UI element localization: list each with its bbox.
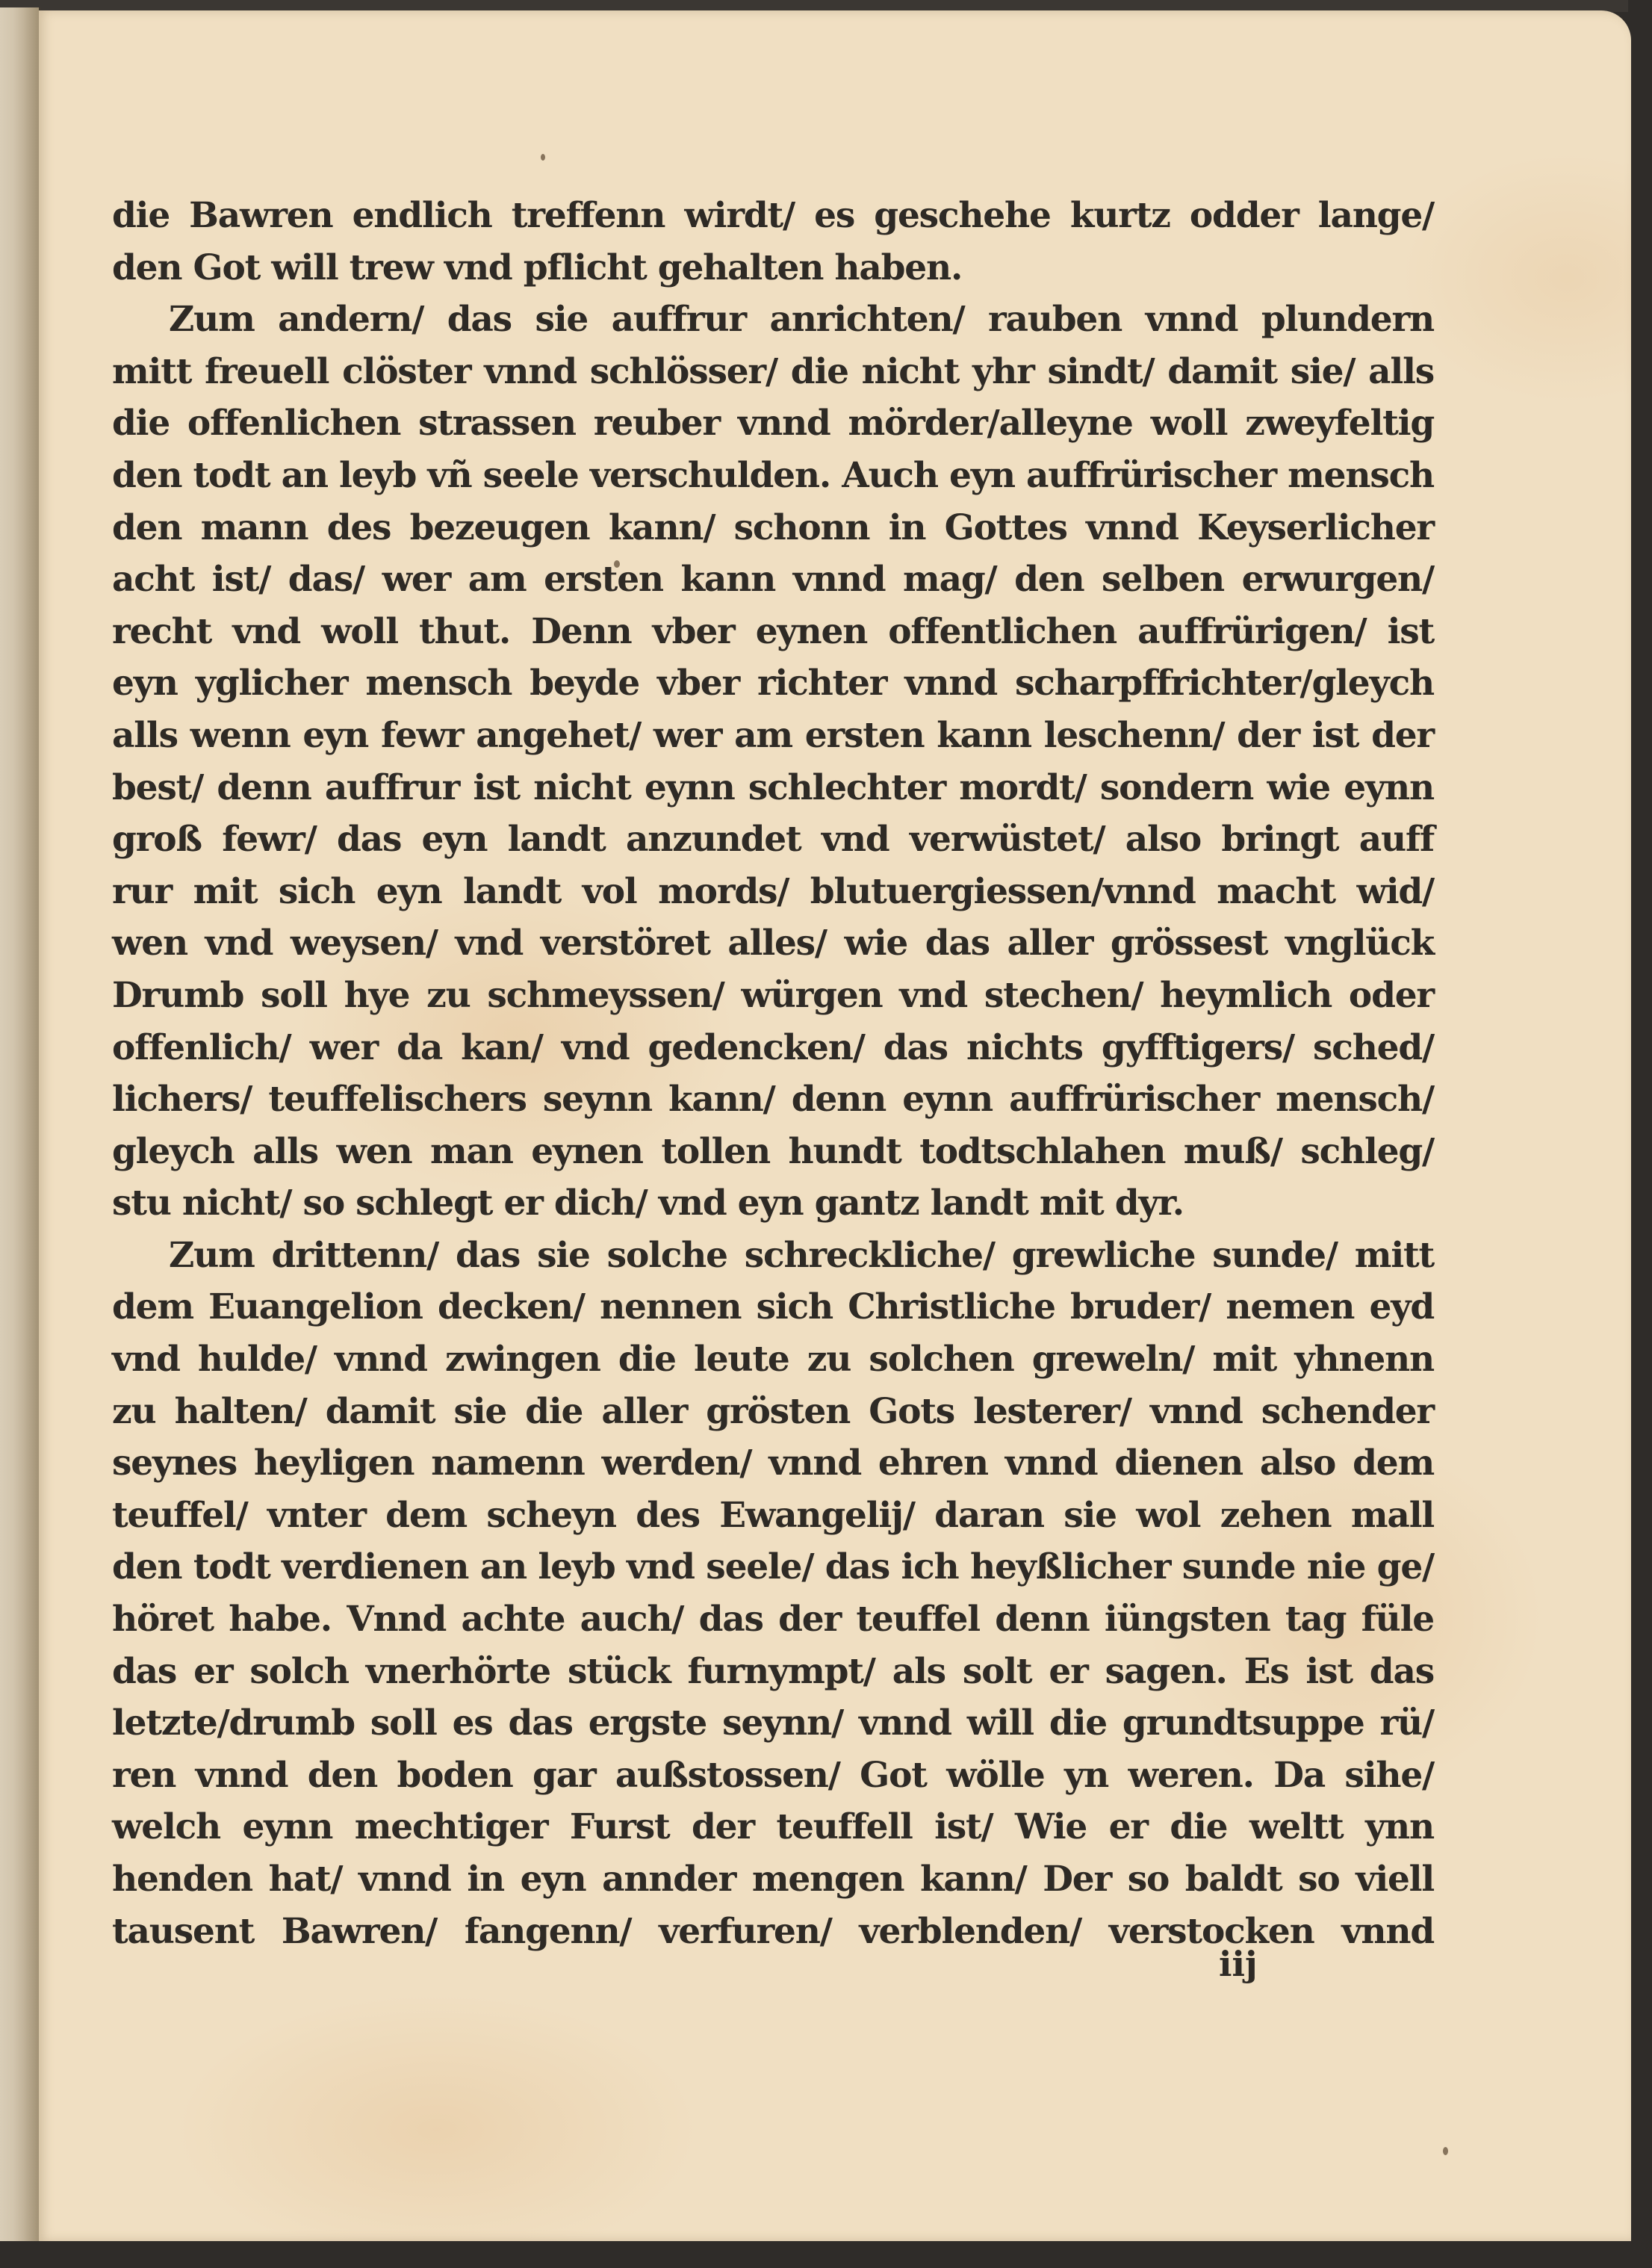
- text-line: recht vnd woll thut. Denn vber eynen off…: [112, 606, 1434, 658]
- text-line: offenlich/ wer da kan/ vnd gedencken/ da…: [112, 1022, 1434, 1074]
- text-line: mitt freuell clöster vnnd schlösser/ die…: [112, 346, 1434, 398]
- paper-speck: [1443, 2147, 1448, 2155]
- text-line: lichers/ teuffelischers seynn kann/ denn…: [112, 1073, 1434, 1126]
- document-page: die Bawren endlich treffenn wirdt/ es ge…: [39, 10, 1631, 2241]
- text-line: vnd hulde/ vnnd zwingen die leute zu sol…: [112, 1333, 1434, 1386]
- text-line: den todt an leyb vñ seele verschulden. A…: [112, 450, 1434, 502]
- text-line: den mann des bezeugen kann/ schonn in Go…: [112, 502, 1434, 554]
- text-line: zu halten/ damit sie die aller grösten G…: [112, 1386, 1434, 1438]
- text-line: teuffel/ vnter dem scheyn des Ewangelij/…: [112, 1490, 1434, 1542]
- text-line: eyn yglicher mensch beyde vber richter v…: [112, 657, 1434, 710]
- text-line: gleych alls wen man eynen tollen hundt t…: [112, 1126, 1434, 1178]
- text-line: das er solch vnerhörte stück furnympt/ a…: [112, 1646, 1434, 1698]
- text-line: dem Euangelion decken/ nennen sich Chris…: [112, 1281, 1434, 1333]
- paragraph-first-line: Zum drittenn/ das sie solche schrecklich…: [112, 1230, 1434, 1282]
- text-line: letzte/drumb soll es das ergste seynn/ v…: [112, 1697, 1434, 1750]
- text-line: die Bawren endlich treffenn wirdt/ es ge…: [112, 190, 1434, 242]
- paragraph-first-line: Zum andern/ das sie auffrur anrichten/ r…: [112, 294, 1434, 346]
- text-line: die offenlichen strassen reuber vnnd mör…: [112, 397, 1434, 450]
- text-line: acht ist/ das/ wer am ersten kann vnnd m…: [112, 554, 1434, 606]
- text-line: den Got will trew vnd pflicht gehalten h…: [112, 242, 1434, 294]
- text-line: den todt verdienen an leyb vnd seele/ da…: [112, 1541, 1434, 1593]
- text-line: best/ denn auffrur ist nicht eynn schlec…: [112, 762, 1434, 814]
- text-line: höret habe. Vnnd achte auch/ das der teu…: [112, 1593, 1434, 1646]
- text-line: alls wenn eyn fewr angehet/ wer am erste…: [112, 710, 1434, 762]
- signature-mark: iij: [1219, 1944, 1258, 1984]
- spine-shadow: [13, 7, 40, 2241]
- text-line: Drumb soll hye zu schmeyssen/ würgen vnd…: [112, 970, 1434, 1022]
- body-text: die Bawren endlich treffenn wirdt/ es ge…: [112, 190, 1434, 1957]
- paper-speck: [541, 154, 545, 161]
- text-line: seynes heyligen namenn werden/ vnnd ehre…: [112, 1437, 1434, 1490]
- text-line: welch eynn mechtiger Furst der teuffell …: [112, 1801, 1434, 1853]
- text-line: stu nicht/ so schlegt er dich/ vnd eyn g…: [112, 1177, 1434, 1230]
- text-line: rur mit sich eyn landt vol mords/ blutue…: [112, 866, 1434, 918]
- text-line: groß fewr/ das eyn landt anzundet vnd ve…: [112, 814, 1434, 866]
- text-line: ren vnnd den boden gar außstossen/ Got w…: [112, 1750, 1434, 1802]
- text-line: henden hat/ vnnd in eyn annder mengen ka…: [112, 1853, 1434, 1906]
- text-line: wen vnd weysen/ vnd verstöret alles/ wie…: [112, 917, 1434, 970]
